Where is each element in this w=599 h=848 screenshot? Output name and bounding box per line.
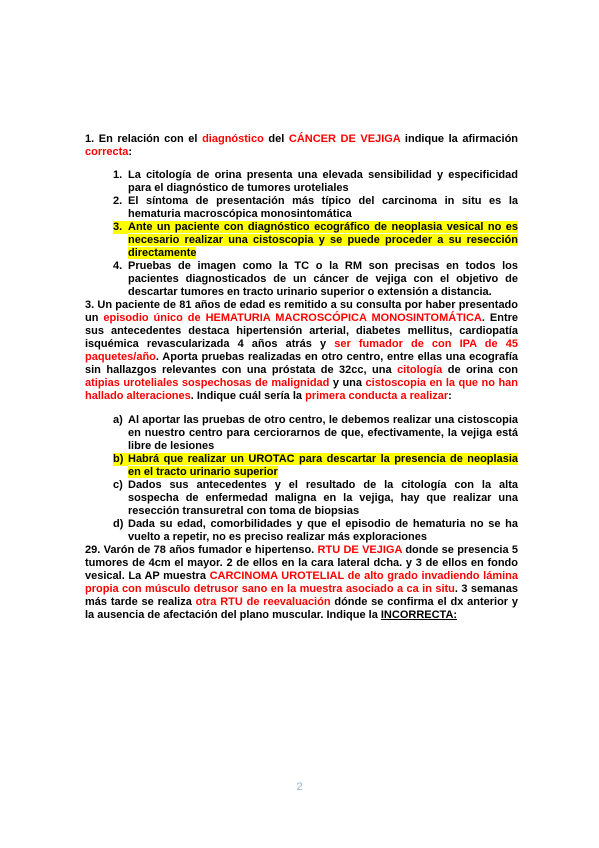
question-3-stem: 3. Un paciente de 81 años de edad es rem… bbox=[85, 299, 518, 403]
body-text: : bbox=[128, 146, 132, 158]
body-text: : bbox=[448, 390, 452, 402]
body-text: La citología de orina presenta una eleva… bbox=[128, 169, 518, 194]
questions-area: 1. En relación con el diagnóstico del CÁ… bbox=[85, 133, 518, 622]
option-text: Al aportar las pruebas de otro centro, l… bbox=[128, 414, 518, 453]
option-marker: d) bbox=[113, 518, 128, 531]
emphasis-text: episodio único de HEMATURIA MACROSCÓPICA… bbox=[103, 312, 482, 324]
option-marker: a) bbox=[113, 414, 128, 427]
body-text: Al aportar las pruebas de otro centro, l… bbox=[128, 414, 518, 452]
question-block-1: 1. En relación con el diagnóstico del CÁ… bbox=[85, 133, 518, 299]
underlined-text: INCORRECTA: bbox=[381, 609, 457, 621]
option-text: Ante un paciente con diagnóstico ecográf… bbox=[128, 221, 518, 260]
question-block-29: 29. Varón de 78 años fumador e hipertens… bbox=[85, 544, 518, 622]
body-text: de orina con bbox=[442, 364, 518, 376]
emphasis-text: CÁNCER DE VEJIGA bbox=[289, 133, 400, 145]
option-marker: b) bbox=[113, 453, 128, 466]
body-text: Dados sus antecedentes y el resultado de… bbox=[128, 479, 518, 517]
emphasis-text: otra RTU de reevaluación bbox=[196, 596, 331, 608]
body-text: Ante un paciente con diagnóstico ecográf… bbox=[128, 221, 518, 259]
option-item: d)Dada su edad, comorbilidades y que el … bbox=[85, 518, 518, 544]
option-marker: c) bbox=[113, 479, 128, 492]
body-text: Habrá que realizar un UROTAC para descar… bbox=[128, 453, 518, 478]
body-text: Dada su edad, comorbilidades y que el ep… bbox=[128, 518, 518, 543]
question-1-stem: 1. En relación con el diagnóstico del CÁ… bbox=[85, 133, 518, 159]
question-29-stem: 29. Varón de 78 años fumador e hipertens… bbox=[85, 544, 518, 622]
emphasis-text: correcta bbox=[85, 146, 128, 158]
option-marker: 1. bbox=[113, 169, 128, 182]
document-page: 1. En relación con el diagnóstico del CÁ… bbox=[0, 0, 599, 848]
option-item: 2.El síntoma de presentación más típico … bbox=[85, 195, 518, 221]
emphasis-text: atipias uroteliales sospechosas de malig… bbox=[85, 377, 329, 389]
option-item: c)Dados sus antecedentes y el resultado … bbox=[85, 479, 518, 518]
body-text: del bbox=[264, 133, 289, 145]
body-text: y una bbox=[329, 377, 365, 389]
option-item: 1.La citología de orina presenta una ele… bbox=[85, 169, 518, 195]
page-number: 2 bbox=[0, 781, 599, 794]
question-3-options: a)Al aportar las pruebas de otro centro,… bbox=[85, 414, 518, 544]
option-item: 3.Ante un paciente con diagnóstico ecogr… bbox=[85, 221, 518, 260]
question-block-3: 3. Un paciente de 81 años de edad es rem… bbox=[85, 299, 518, 544]
body-text: El síntoma de presentación más típico de… bbox=[128, 195, 518, 220]
question-1-options: 1.La citología de orina presenta una ele… bbox=[85, 169, 518, 299]
body-text: 29. Varón de 78 años fumador e hipertens… bbox=[85, 544, 318, 556]
option-item: a)Al aportar las pruebas de otro centro,… bbox=[85, 414, 518, 453]
option-item: 4.Pruebas de imagen como la TC o la RM s… bbox=[85, 260, 518, 299]
emphasis-text: diagnóstico bbox=[202, 133, 264, 145]
option-item: b)Habrá que realizar un UROTAC para desc… bbox=[85, 453, 518, 479]
emphasis-text: primera conducta a realizar bbox=[305, 390, 448, 402]
body-text: . Indique cuál sería la bbox=[191, 390, 305, 402]
emphasis-text: citología bbox=[397, 364, 442, 376]
option-text: La citología de orina presenta una eleva… bbox=[128, 169, 518, 195]
option-text: Dada su edad, comorbilidades y que el ep… bbox=[128, 518, 518, 544]
body-text: indique la afirmación bbox=[400, 133, 518, 145]
option-marker: 2. bbox=[113, 195, 128, 208]
option-text: Pruebas de imagen como la TC o la RM son… bbox=[128, 260, 518, 299]
option-marker: 4. bbox=[113, 260, 128, 273]
option-text: Dados sus antecedentes y el resultado de… bbox=[128, 479, 518, 518]
body-text: 1. En relación con el bbox=[85, 133, 202, 145]
emphasis-text: RTU DE VEJIGA bbox=[318, 544, 402, 556]
option-text: Habrá que realizar un UROTAC para descar… bbox=[128, 453, 518, 479]
option-text: El síntoma de presentación más típico de… bbox=[128, 195, 518, 221]
option-marker: 3. bbox=[113, 221, 128, 234]
body-text: Pruebas de imagen como la TC o la RM son… bbox=[128, 260, 518, 298]
